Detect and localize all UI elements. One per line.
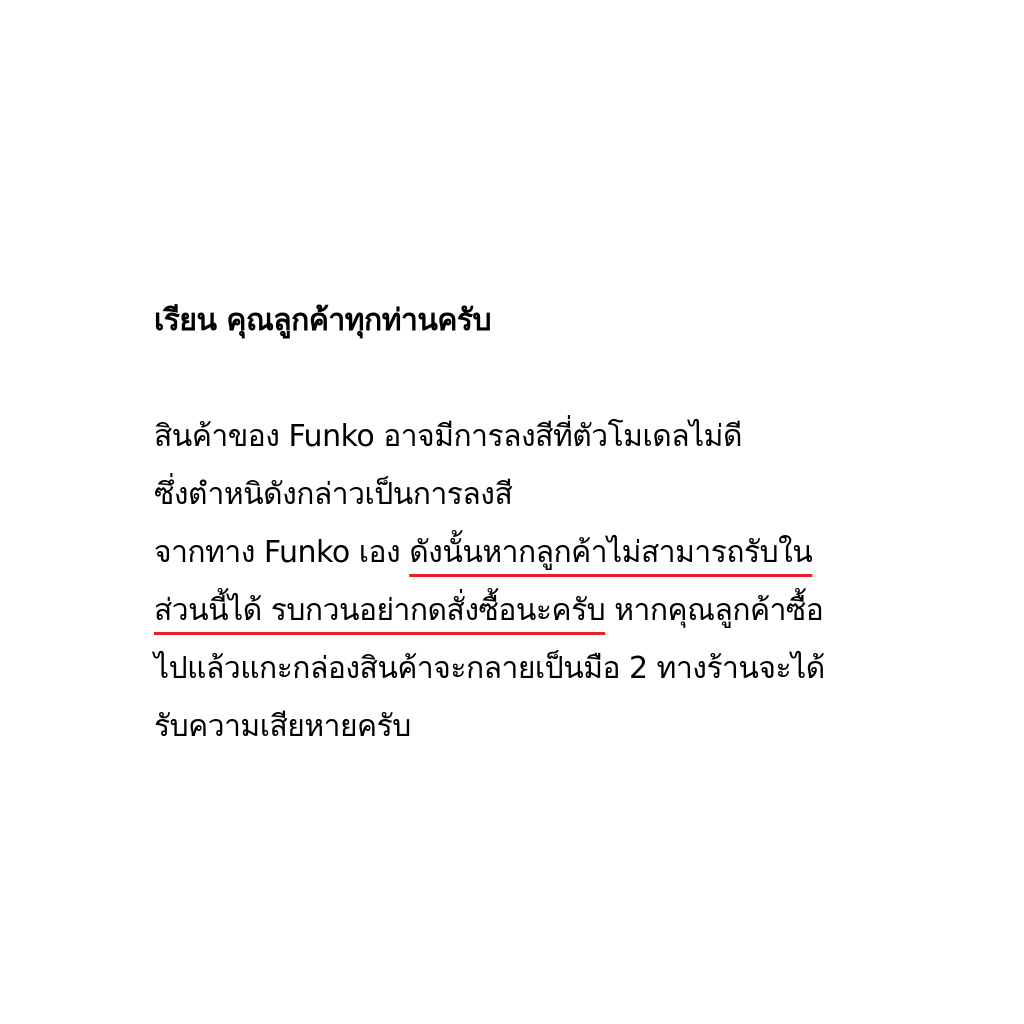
- notice-line-5-text: ไปแล้วแกะกล่องสินค้าจะกลายเป็นมือ 2 ทางร…: [154, 651, 825, 686]
- notice-line-1: สินค้าของ Funko อาจมีการลงสีที่ตัวโมเดลไ…: [154, 408, 1014, 466]
- notice-line-4-underlined-text: ส่วนนี้ได้ รบกวนอย่ากดสั่งซื้อนะครับ: [154, 593, 605, 628]
- notice-text-block: เรียน คุณลูกค้าทุกท่านครับ สินค้าของ Fun…: [154, 292, 1014, 756]
- notice-line-6-text: รับความเสียหายครับ: [154, 709, 411, 744]
- notice-line-4-text: หากคุณลูกค้าซื้อ: [605, 593, 823, 628]
- notice-line-4: ส่วนนี้ได้ รบกวนอย่ากดสั่งซื้อนะครับ หาก…: [154, 582, 1014, 640]
- notice-line-2-text: ซึ่งตำหนิดังกล่าวเป็นการลงสี: [154, 477, 512, 512]
- notice-line-3-text: จากทาง Funko เอง: [154, 535, 409, 570]
- notice-line-1-text: สินค้าของ Funko อาจมีการลงสีที่ตัวโมเดลไ…: [154, 419, 742, 454]
- notice-line-6: รับความเสียหายครับ: [154, 698, 1014, 756]
- notice-line-3: จากทาง Funko เอง ดังนั้นหากลูกค้าไม่สามา…: [154, 524, 1014, 582]
- notice-line-5: ไปแล้วแกะกล่องสินค้าจะกลายเป็นมือ 2 ทางร…: [154, 640, 1014, 698]
- notice-line-2: ซึ่งตำหนิดังกล่าวเป็นการลงสี: [154, 466, 1014, 524]
- notice-line-3-underlined-text: ดังนั้นหากลูกค้าไม่สามารถรับใน: [409, 535, 812, 570]
- greeting-heading: เรียน คุณลูกค้าทุกท่านครับ: [154, 292, 1014, 350]
